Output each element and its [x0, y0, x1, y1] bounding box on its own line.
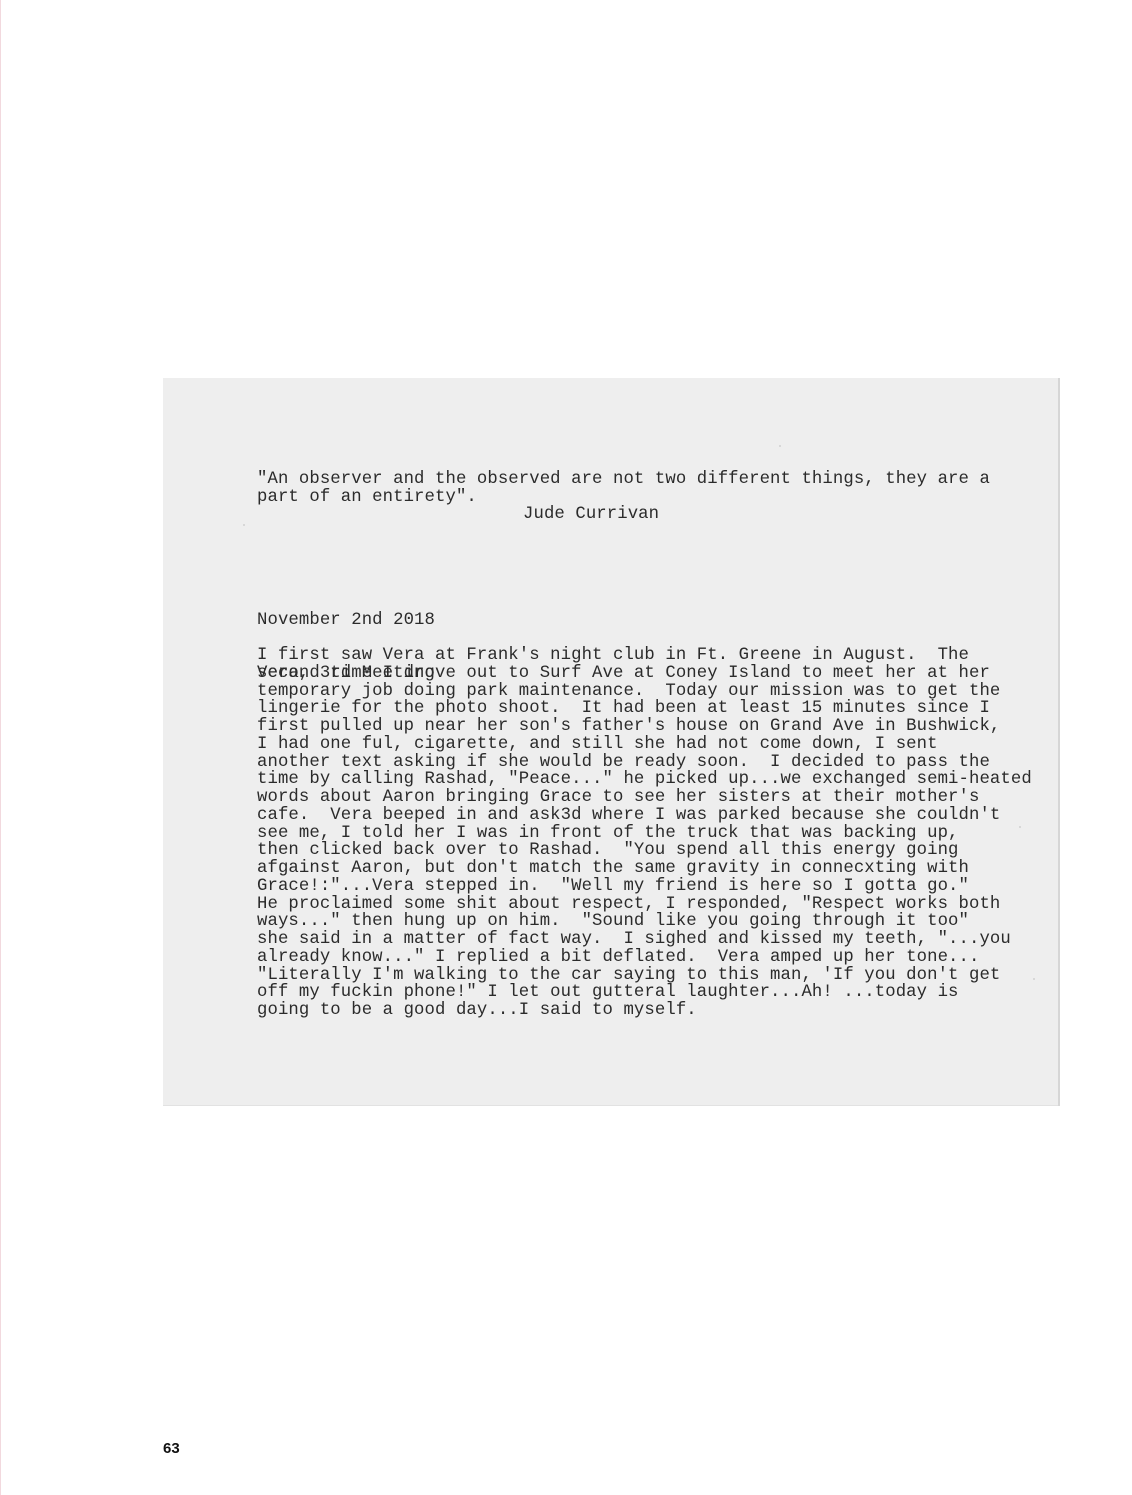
body-line: second time I drove out to Surf Ave at C… — [257, 665, 1032, 683]
body-line: see me, I told her I was in front of the… — [257, 825, 1032, 843]
body-line: Grace!:"...Vera stepped in. "Well my fri… — [257, 878, 1032, 896]
body-line: another text asking if she would be read… — [257, 754, 1032, 772]
body-line: then clicked back over to Rashad. "You s… — [257, 842, 1032, 860]
entry-date: November 2nd 2018 — [257, 612, 435, 630]
body-line: afgainst Aaron, but don't match the same… — [257, 860, 1032, 878]
paper-speck — [243, 524, 245, 526]
epigraph-line: "An observer and the observed are not tw… — [257, 471, 990, 489]
body-line: first pulled up near her son's father's … — [257, 718, 1032, 736]
body-line: cafe. Vera beeped in and ask3d where I w… — [257, 807, 1032, 825]
body-line: temporary job doing park maintenance. To… — [257, 683, 1032, 701]
body-line: already know..." I replied a bit deflate… — [257, 949, 1032, 967]
paper-speck — [1033, 978, 1035, 980]
body-line: He proclaimed some shit about respect, I… — [257, 896, 1032, 914]
page-edge-line — [0, 0, 1, 1495]
entry-body: I first saw Vera at Frank's night club i… — [257, 647, 1032, 1020]
body-line: lingerie for the photo shoot. It had bee… — [257, 700, 1032, 718]
body-line: words about Aaron bringing Grace to see … — [257, 789, 1032, 807]
epigraph-line: part of an entirety". — [257, 489, 990, 507]
body-line: ways..." then hung up on him. "Sound lik… — [257, 913, 1032, 931]
page-number: 63 — [163, 1440, 180, 1457]
body-line: "Literally I'm walking to the car saying… — [257, 967, 1032, 985]
body-line: I first saw Vera at Frank's night club i… — [257, 647, 1032, 665]
paper-speck — [1019, 826, 1021, 828]
epigraph-author: Jude Currivan — [523, 506, 659, 524]
body-line: time by calling Rashad, "Peace..." he pi… — [257, 771, 1032, 789]
body-line: she said in a matter of fact way. I sigh… — [257, 931, 1032, 949]
epigraph-quote: "An observer and the observed are not tw… — [257, 471, 990, 507]
body-line: off my fuckin phone!" I let out gutteral… — [257, 984, 1032, 1002]
typewritten-sheet: "An observer and the observed are not tw… — [163, 378, 1060, 1106]
body-line: I had one ful, cigarette, and still she … — [257, 736, 1032, 754]
body-line: going to be a good day...I said to mysel… — [257, 1002, 1032, 1020]
paper-speck — [779, 445, 781, 447]
